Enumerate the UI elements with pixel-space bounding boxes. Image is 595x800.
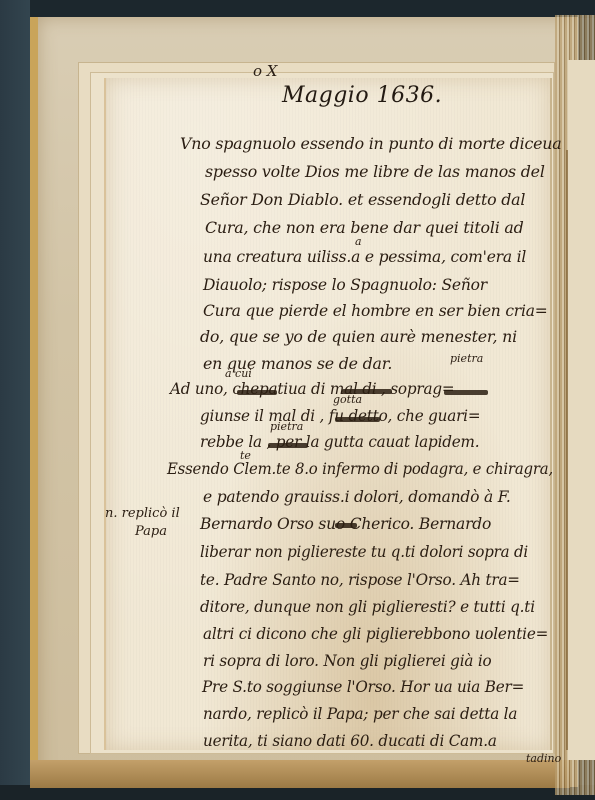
struck-word [335,523,357,528]
struck-word [237,390,277,395]
folio-mark: ο X [253,62,277,80]
interlinear-insertion: gotta [333,393,362,406]
text-line: Essendo Clem.te 8.o infermo di podagra, … [167,460,553,478]
text-line: do, que se yo de quien aurè menester, ni [200,328,517,346]
text-line: Cura, che non era bene dar quei titoli a… [205,219,524,237]
text-line: uerita, ti siano dati 60. ducati di Cam.… [203,732,497,750]
text-line: e patendo grauiss.i dolori, domandò à F. [203,488,511,506]
text-line: altri ci dicono che gli piglierebbono uo… [203,625,548,643]
manuscript-scan: ο X Maggio 1636. Vno spagnuolo essendo i… [0,0,595,800]
text-line: ri sopra di loro. Non gli piglierei già … [203,652,491,670]
text-line: Vno spagnuolo essendo in punto di morte … [180,135,561,153]
text-line: nardo, replicò il Papa; per che sai dett… [203,705,517,723]
interlinear-insertion: a [355,235,362,248]
interlinear-insertion: pietra [270,420,303,433]
text-line: Pre S.to soggiunse l'Orso. Hor ua uia Be… [202,678,524,696]
interlinear-insertion: pietra [450,352,483,365]
text-line: liberar non pigliereste tu q.ti dolori s… [200,543,528,561]
margin-note-line: n. replicò il [105,505,180,523]
facing-leaf-edge [568,60,595,760]
struck-word [268,443,308,448]
catchword: tadino [526,752,561,765]
struck-word [335,417,380,422]
text-line: ditore, dunque non gli piglieresti? e tu… [200,598,535,616]
text-line: spesso volte Dios me libre de las manos … [205,163,545,181]
text-line: Ad uno, chepatiua di mal di , soprag= [170,380,454,398]
struck-word [444,390,488,395]
scan-background-top [0,0,595,18]
cover-damaged-edge [30,760,570,788]
margin-note: n. replicò il Papa [105,505,180,541]
page-heading-date: Maggio 1636. [282,83,442,108]
page-edge-line [566,150,568,750]
text-line: Señor Don Diablo. et essendogli detto da… [200,191,525,209]
text-line: Cura que pierde el hombre en ser bien cr… [203,302,548,320]
text-line: te. Padre Santo no, rispose l'Orso. Ah t… [200,571,520,589]
margin-note-line: Papa [105,523,180,541]
scan-background-left [0,0,30,800]
text-line: Diauolo; rispose lo Spagnuolo: Señor [203,276,487,294]
interlinear-insertion: à cui [225,367,252,380]
text-line: giunse il mal di , fu detto, che guari= [200,407,480,425]
text-line: una creatura uiliss.a e pessima, com'era… [203,248,526,266]
